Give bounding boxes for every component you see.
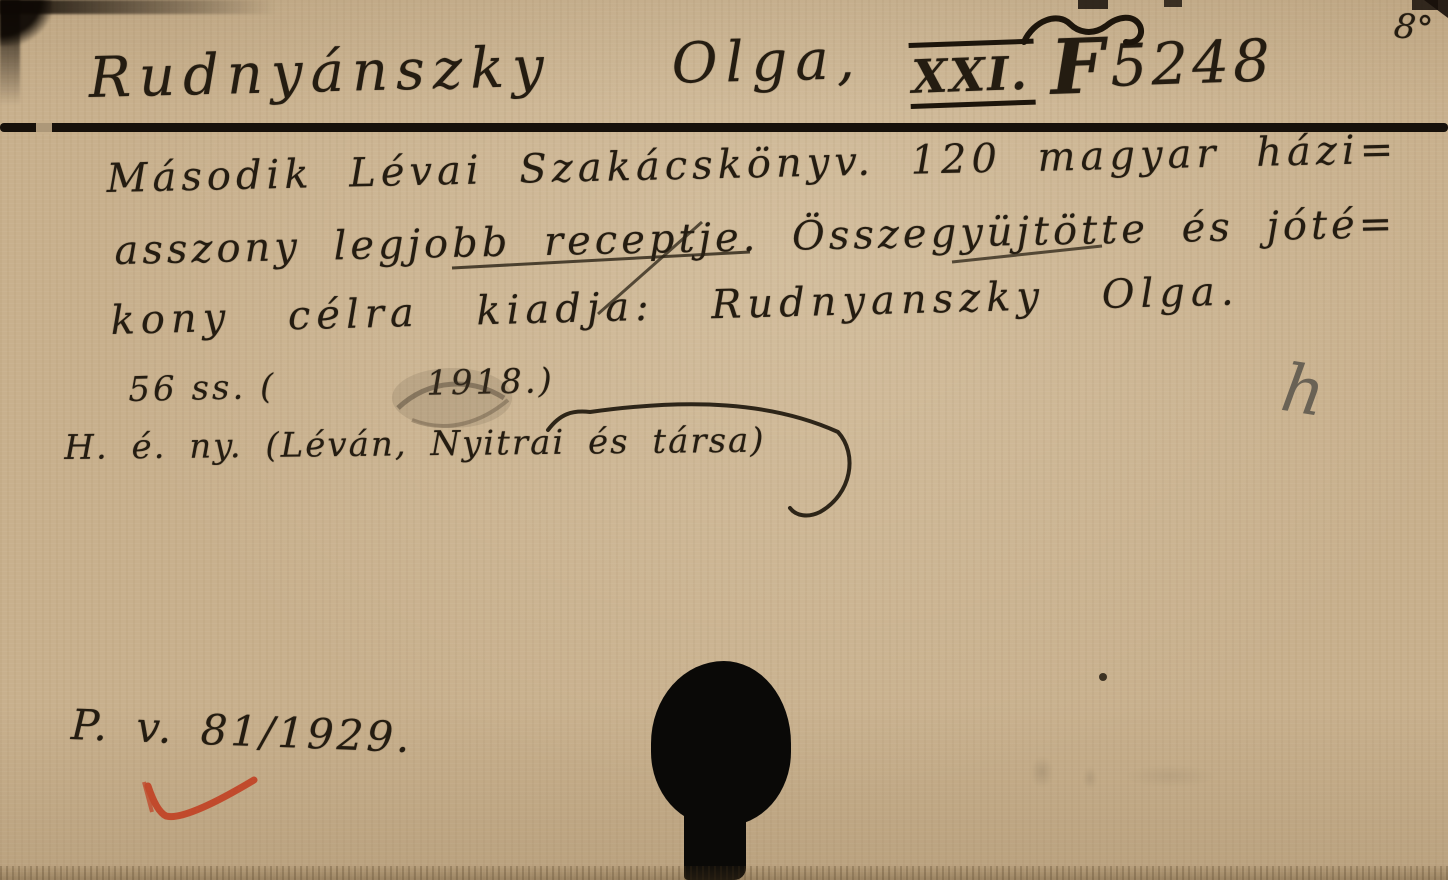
catalog-card: RudnyánszkyOlga, XXI.F5248 8° Második Lé… <box>0 0 1448 880</box>
scan-edge-corner <box>0 0 52 46</box>
author-given-name: Olga, <box>671 27 863 97</box>
pencil-mark: h <box>1276 349 1330 432</box>
title-line-2-e: és jóté= <box>1148 201 1396 252</box>
title-line-2-struck: obb recept <box>424 216 699 268</box>
accession-number: P. v. 81/1929. <box>70 700 413 762</box>
author-first-name: Rudnyánszky <box>88 35 552 111</box>
call-number-letter: F <box>1049 21 1106 112</box>
header-rule-gap <box>36 121 52 134</box>
scan-edge-bottom <box>0 866 1448 880</box>
collation-year: 1918.) <box>426 361 555 404</box>
heading-author: RudnyánszkyOlga, <box>88 27 863 111</box>
ghost-pencil-offset <box>1020 742 1290 806</box>
red-checkmark-tail <box>144 782 152 812</box>
collation-prefix: 56 ss. ( <box>128 367 277 410</box>
title-line-2-struck2: tötte <box>1032 206 1149 254</box>
scan-smudge-1 <box>1078 0 1108 9</box>
title-line-1: Második Lévai Szakácskönyv. 120 magyar h… <box>106 127 1399 202</box>
title-line-2-c: je. Összegyüj <box>698 209 1033 262</box>
blotted-word <box>276 395 426 398</box>
title-line-3: kony célra kiadja: Rudnyanszky Olga. <box>110 268 1240 344</box>
imprint-line: H. é. ny. (Léván, Nyitrai és társa) <box>64 421 766 468</box>
call-number-class: XXI. <box>909 39 1036 109</box>
title-line-2: asszony legjobb receptje. Összegyüjtötte… <box>114 201 1397 274</box>
red-checkmark <box>148 780 254 817</box>
title-line-2-a: asszony legj <box>114 222 425 274</box>
ink-blot-stroke-2 <box>412 400 508 426</box>
collation-line: 56 ss. (1918.) <box>128 361 555 410</box>
format-mark: 8° <box>1392 6 1435 50</box>
ink-dot <box>1099 673 1107 681</box>
scan-smudge-2 <box>1164 0 1182 7</box>
call-number-digits: 5248 <box>1109 26 1275 100</box>
call-number: XXI.F5248 <box>908 15 1275 117</box>
